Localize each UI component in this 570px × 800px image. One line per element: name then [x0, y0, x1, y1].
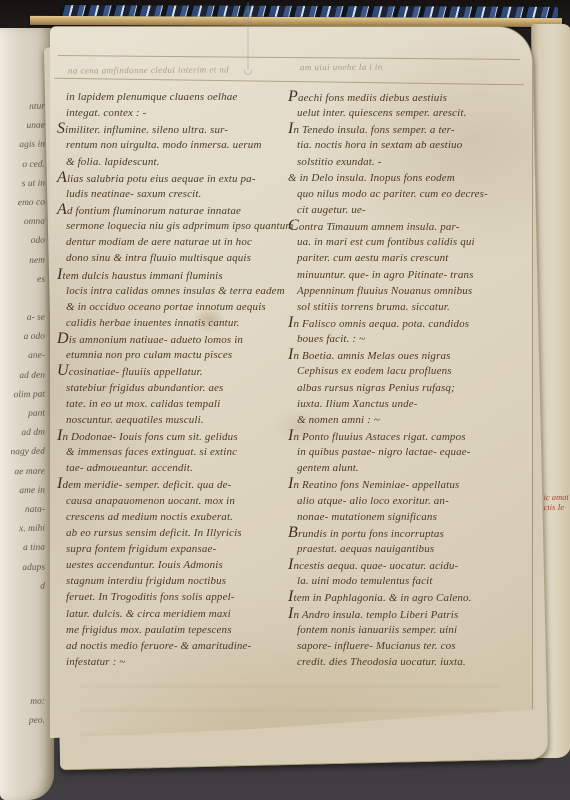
text-line: gentem alunt.: [297, 460, 531, 476]
text-line: minuuntur. que- in agro Pitinate- trans: [297, 267, 531, 283]
edge-text-fragment: peo.: [0, 711, 54, 731]
edge-text-fragment: a- se: [0, 308, 54, 328]
edge-text-fragment: ae mare: [0, 462, 54, 482]
edge-text-fragment: nata-: [0, 500, 54, 520]
edge-text-fragment: ame in: [0, 481, 54, 501]
text-line: In Dodonae- Iouis fons cum sit. gelidus: [66, 428, 300, 444]
text-line: dono sinu & intra fluuio multisque aquis: [66, 250, 300, 266]
text-line: Appenninum fluuius Nouanus omnibus: [297, 283, 531, 299]
text-line: stagnum interdiu frigidum noctibus: [66, 573, 300, 589]
text-line: Idem meridie- semper. deficit. qua de-: [66, 476, 300, 492]
edge-text-fragment: [0, 615, 54, 635]
text-line: Ucosinatiae- fluuiis appellatur.: [66, 363, 300, 379]
edge-text-fragment: x. mihi: [0, 520, 54, 540]
text-line: & in occiduo oceano portae innotum aequi…: [66, 299, 300, 315]
text-line: Item in Paphlagonia. & in agro Caleno.: [297, 589, 531, 605]
edge-text-fragment: [0, 673, 54, 693]
gilt-top-edge: [30, 16, 562, 27]
edge-text-fragment: odo: [0, 232, 54, 252]
text-line: praestat. aequas nauigantibus: [297, 541, 531, 557]
edge-text-fragment: mo:: [0, 692, 54, 712]
text-line: sol stitiis torrens bruma. siccatur.: [297, 299, 531, 315]
edge-text-fragment: olim pat: [0, 385, 54, 405]
text-line: Ad fontium fluminorum naturae innatae: [66, 202, 300, 218]
edge-text-fragment: nem: [0, 251, 54, 271]
text-line: Alias salubria potu eius aequae in extu …: [66, 170, 300, 186]
text-line: ab eo rursus sensim deficit. In Illyrici…: [66, 525, 300, 541]
edge-text-fragment: a tina: [0, 539, 54, 559]
manuscript-photo: nturunaeagis ino ced.s ut inemo coomnaod…: [0, 0, 570, 800]
text-line: latur. dulcis. & circa meridiem maxi: [66, 606, 300, 622]
text-line: sapore- influere- Mucianus ter. cos: [297, 638, 531, 654]
ghost-header-right: am uiui unehe la i in: [300, 62, 383, 73]
text-line: sermone loquecia niu gis adprimum ipso q…: [66, 218, 300, 234]
edge-text-fragment: omna: [0, 213, 54, 233]
pen-flourish-icon: [238, 0, 258, 78]
text-line: In Andro insula. templo Liberi Patris: [297, 606, 531, 622]
text-line: In Reatino fons Neminiae- appellatus: [297, 476, 531, 492]
edge-text-fragment: [0, 289, 54, 309]
text-line: nonae- mutationem significans: [297, 509, 531, 525]
edge-text-fragment: emo co: [0, 193, 54, 213]
text-line: solstitio exundat. -: [297, 154, 531, 170]
edge-text-fragment: pant: [0, 404, 54, 424]
text-line: supra fontem frigidum expansae-: [66, 541, 300, 557]
text-line: & nomen amni : ~: [297, 412, 531, 428]
edge-text-fragment: ane-: [0, 347, 54, 367]
text-line: In Falisco omnis aequa. pota. candidos: [297, 315, 531, 331]
text-line: tae- admoueantur. accendit.: [66, 460, 300, 476]
edge-text-fragment: ad den: [0, 366, 54, 386]
edge-text-fragment: nagy ded: [0, 443, 54, 463]
text-line: pariter. cum aestu maris crescunt: [297, 250, 531, 266]
text-line: me frigidus mox. paulatim tepescens: [66, 622, 300, 638]
text-line: fontem nonis ianuariis semper. uini: [297, 622, 531, 638]
text-line: tia. noctis hora in sextam ab aestiuo: [297, 137, 531, 153]
text-line: ua. in mari est cum fontibus calidis qui: [297, 234, 531, 250]
right-text-column: Paechi fons mediis diebus aestiuisuelut …: [297, 89, 531, 670]
text-line: calidis herbae inuentes innatis cantur.: [66, 315, 300, 331]
left-edge-fragment-list: nturunaeagis ino ced.s ut inemo coomnaod…: [0, 98, 54, 731]
text-line: dentur modiam de aere naturae ut in hoc: [66, 234, 300, 250]
text-line: alio atque- alio loco exoritur. an-: [297, 493, 531, 509]
text-line: causa anapauomenon uocant. mox in: [66, 493, 300, 509]
edge-text-fragment: [0, 635, 54, 655]
edge-text-fragment: d: [0, 577, 54, 597]
text-line: Brundis in portu fons incorruptas: [297, 525, 531, 541]
leaf-edge-line-1: [58, 55, 520, 60]
edge-text-fragment: a odo: [0, 328, 54, 348]
text-line: In Boetia. amnis Melas oues nigras: [297, 347, 531, 363]
text-line: quo nilus modo ac pariter. cum eo decres…: [297, 186, 531, 202]
text-line: tate. in eo ut mox. calidas tempali: [66, 396, 300, 412]
edge-text-fragment: [0, 654, 54, 674]
text-line: feruet. In Trogoditis fons solis appel-: [66, 589, 300, 605]
text-line: integat. contex : -: [66, 105, 300, 121]
leaf-edge-line-2: [54, 78, 524, 86]
text-line: Paechi fons mediis diebus aestiuis: [297, 89, 531, 105]
text-line: in lapidem plenumque cluaens oelhae: [66, 89, 300, 105]
left-text-column: in lapidem plenumque cluaens oelhaeinteg…: [66, 89, 300, 670]
text-line: ad noctis medio feruore- & amaritudine-: [66, 638, 300, 654]
text-line: cit augetur. ue-: [297, 202, 531, 218]
ghost-header-left: na cena amfindonne cledui interim et nd: [68, 64, 229, 75]
text-line: ludis neatinae- saxum crescit.: [66, 186, 300, 202]
text-line: In Tenedo insula. fons semper. a ter-: [297, 121, 531, 137]
text-line: Contra Timauum amnem insula. par-: [297, 218, 531, 234]
text-line: rentum non uirgulta. modo inmersa. uerum: [66, 137, 300, 153]
text-line: boues facit. : ~: [297, 331, 531, 347]
text-line: Dis amnonium natiuae- adueto lomos in: [66, 331, 300, 347]
text-line: crescens ad medium noctis exuberat.: [66, 509, 300, 525]
text-line: infestatur : ~: [66, 654, 300, 670]
text-line: & in Delo insula. Inopus fons eodem: [297, 170, 531, 186]
edge-text-fragment: adups: [0, 558, 54, 578]
text-line: in quibus pastae- nigro lactae- equae-: [297, 444, 531, 460]
text-line: & folia. lapidescunt.: [66, 154, 300, 170]
edge-text-fragment: es: [0, 270, 54, 290]
text-line: Cephisus ex eodem lacu profluens: [297, 363, 531, 379]
text-line: albas rursus nigras Penius rufasq;: [297, 380, 531, 396]
text-line: Item dulcis haustus immani fluminis: [66, 267, 300, 283]
text-line: iuxta. Ilium Xanctus unde-: [297, 396, 531, 412]
text-line: la. uini modo temulentus facit: [297, 573, 531, 589]
text-line: Incestis aequa. quae- uocatur. acidu-: [297, 557, 531, 573]
text-line: locis intra calidas omnes insulas & terr…: [66, 283, 300, 299]
text-line: etumnia non pro culam mactu pisces: [66, 347, 300, 363]
text-line: noscuntur. aequatiles musculi.: [66, 412, 300, 428]
edge-text-fragment: ad dm: [0, 424, 54, 444]
text-line: In Ponto fluuius Astaces rigat. campos: [297, 428, 531, 444]
text-line: uestes accenduntur. Iouis Admonis: [66, 557, 300, 573]
text-line: credit. dies Theodosia uocatur. iuxta.: [297, 654, 531, 670]
edge-text-fragment: [0, 596, 54, 616]
text-line: statebiur frigidus abundantior. aes: [66, 380, 300, 396]
main-page: na cena amfindonne cledui interim et nd …: [50, 26, 533, 741]
text-line: & immensas faces extinguat. si extinc: [66, 444, 300, 460]
text-line: uelut inter. quiescens semper. arescit.: [297, 105, 531, 121]
text-line: Similiter. influmine. sileno ultra. sur-: [66, 121, 300, 137]
